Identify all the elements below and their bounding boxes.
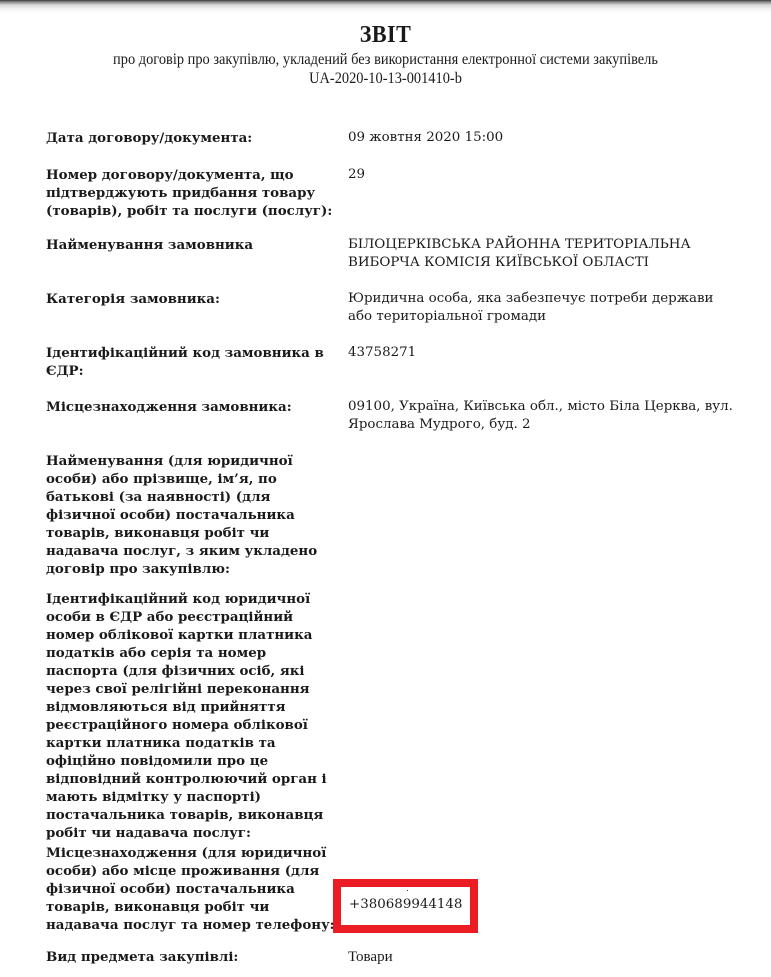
field-label: Найменування (для юридичної особи) або п… (46, 452, 336, 578)
field-value: Юридична особа, яка забезпечує потреби д… (348, 290, 738, 326)
field-value: 09100, Україна, Київська обл., місто Біл… (348, 398, 738, 434)
phone-highlight-box: +380689944148 (333, 879, 478, 933)
field-label: Місцезнаходження (для юридичної особи) а… (46, 844, 336, 934)
field-value: Товари (348, 948, 738, 966)
field-value: БІЛОЦЕРКІВСЬКА РАЙОННА ТЕРИТОРІАЛЬНА ВИБ… (348, 236, 738, 272)
supplier-phone: +380689944148 (349, 896, 462, 914)
field-label: Номер договору/документа, що підтверджую… (46, 166, 336, 220)
report-header: ЗВІТ про договір про закупівлю, укладени… (0, 20, 771, 88)
field-label: Ідентифікаційний код замовника в ЄДР: (46, 344, 336, 380)
field-label: Найменування замовника (46, 236, 336, 254)
field-label: Категорія замовника: (46, 290, 336, 308)
procurement-id: UA-2020-10-13-001410-b (39, 69, 733, 88)
report-subtitle: про договір про закупівлю, укладений без… (39, 50, 733, 69)
stray-dot (407, 890, 408, 891)
field-value: 09 жовтня 2020 15:00 (348, 129, 738, 147)
field-label: Місцезнаходження замовника: (46, 398, 336, 416)
field-label: Дата договору/документа: (46, 129, 336, 147)
field-label: Ідентифікаційний код юридичної особи в Є… (46, 590, 336, 842)
field-value: 43758271 (348, 344, 738, 362)
window-top-shadow (0, 0, 771, 14)
report-title: ЗВІТ (31, 20, 740, 50)
field-value: 29 (348, 166, 738, 184)
field-label: Вид предмета закупівлі: (46, 948, 336, 966)
